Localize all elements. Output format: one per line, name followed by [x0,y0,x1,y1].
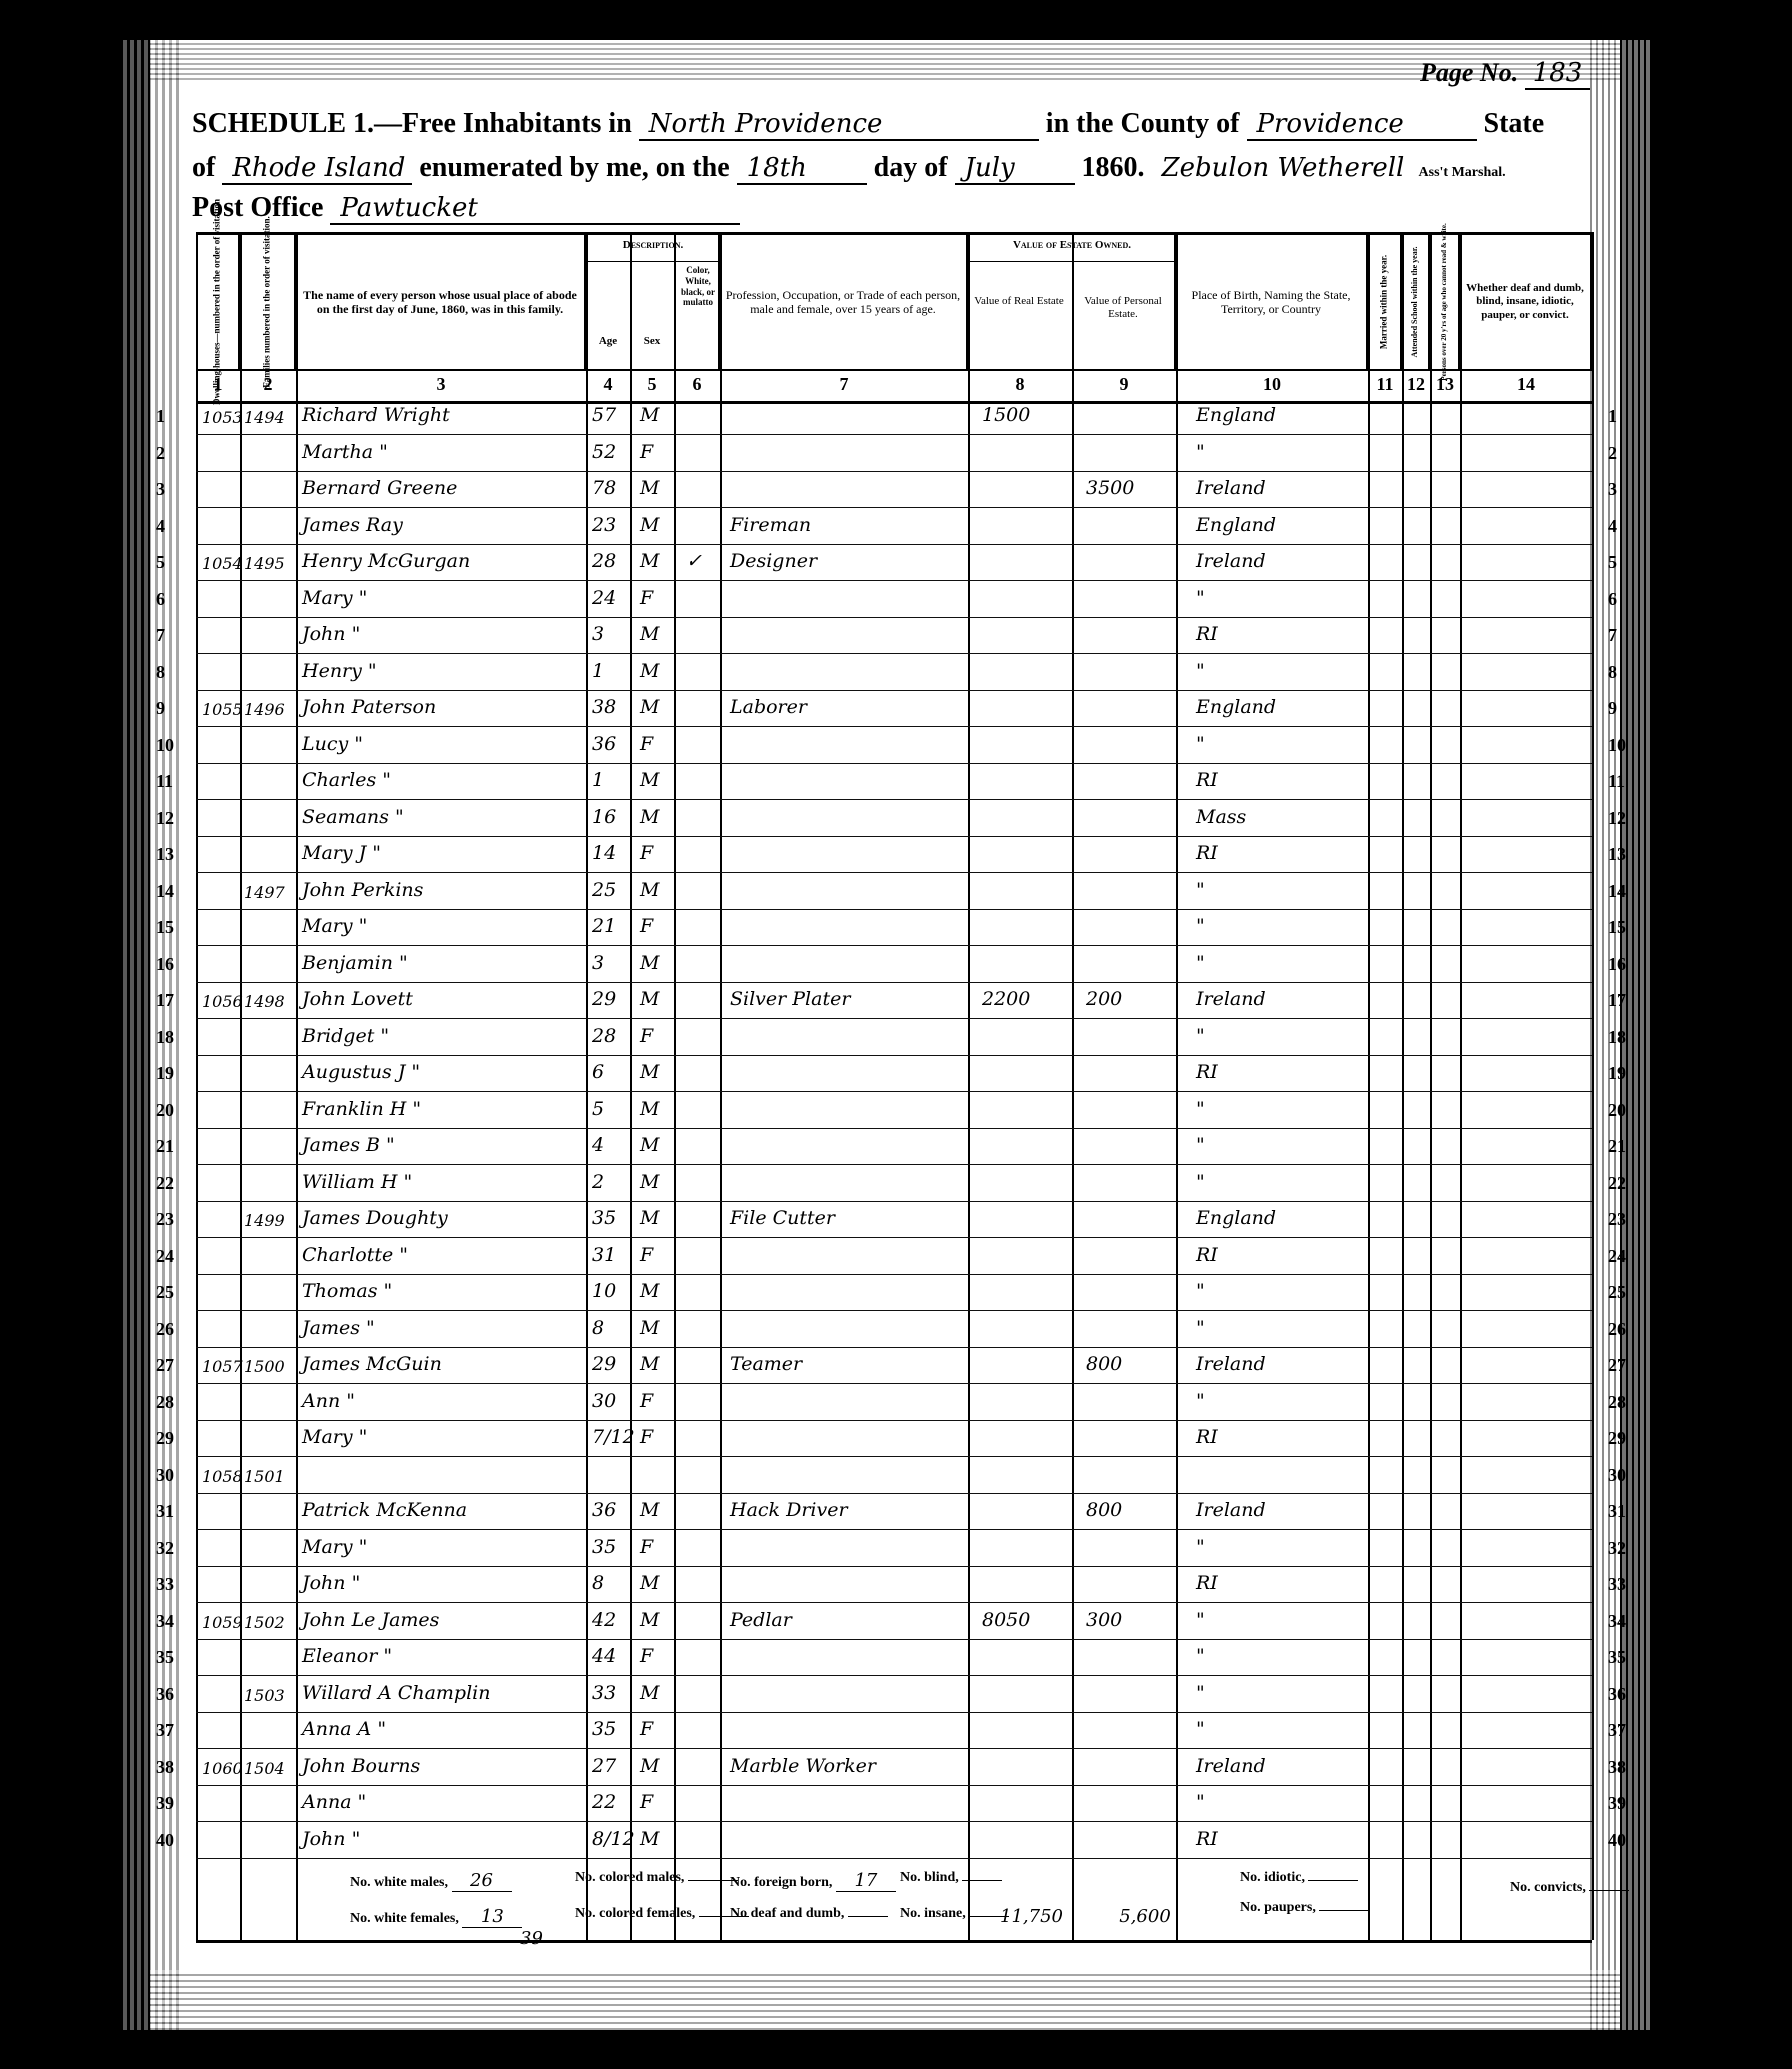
table-row: 66Mary "24F" [196,581,1592,618]
line-number-right: 23 [1608,1209,1626,1230]
birthplace-value: " [1196,1609,1205,1631]
line-number-right: 31 [1608,1501,1626,1522]
person-name: Henry " [302,660,377,682]
age-value: 28 [592,1025,616,1047]
birthplace-value: England [1196,514,1276,536]
personal-estate-total: 5,600 [1115,1906,1175,1927]
line-number-left: 37 [156,1720,174,1741]
page-number-value: 183 [1525,58,1591,90]
line-number-right: 10 [1608,735,1626,756]
person-name: Bernard Greene [302,477,457,499]
sex-value: F [640,1244,653,1266]
table-row: 2525Thomas "10M" [196,1274,1592,1311]
person-name: John " [302,623,360,645]
table-row: 1010Lucy "36F" [196,727,1592,764]
sex-value: M [640,623,659,645]
person-name: Augustus J " [302,1061,420,1083]
line-number-left: 14 [156,881,174,902]
sex-label: Sex [634,335,670,348]
family-number: 1502 [244,1613,285,1632]
title-line-3: Post Office Pawtucket [192,192,740,225]
real-estate-value: 2200 [982,988,1030,1010]
age-value: 29 [592,1353,616,1375]
convicts-summary: No. convicts, [1510,1880,1629,1896]
age-value: 16 [592,806,616,828]
sex-value: F [640,587,653,609]
dwelling-number: 1060 [202,1759,243,1778]
person-name: John Paterson [302,696,436,718]
birthplace-value: England [1196,1207,1276,1229]
header-col-11: Married within the year. [1368,235,1402,369]
occupation-value: Silver Plater [730,988,850,1010]
sex-value: M [640,1280,659,1302]
birthplace-value: " [1196,879,1205,901]
line-number-right: 11 [1608,771,1625,792]
schedule-label: SCHEDULE 1.—Free Inhabitants in [192,108,632,139]
sex-value: M [640,952,659,974]
col-num-11: 11 [1368,374,1402,395]
person-name: James " [302,1317,375,1339]
line-number-left: 18 [156,1027,174,1048]
line-number-left: 1 [156,406,165,427]
person-name: James McGuin [302,1353,442,1375]
age-value: 33 [592,1682,616,1704]
age-value: 23 [592,514,616,536]
insane-summary: No. insane, [900,1906,1009,1922]
table-row: 303010581501 [196,1457,1592,1494]
sex-value: M [640,1317,659,1339]
white-males-summary: No. white males, 26 [350,1870,512,1892]
occupation-value: Laborer [730,696,807,718]
year-value: 1860. [1082,152,1145,183]
table-row: 2828Ann "30F" [196,1384,1592,1421]
line-number-left: 30 [156,1465,174,1486]
age-value: 1 [592,660,604,682]
color-value: ✓ [686,550,702,572]
day-value: 18th [737,153,867,185]
line-number-left: 40 [156,1830,174,1851]
table-row: 1515Mary "21F" [196,909,1592,946]
line-number-right: 35 [1608,1647,1626,1668]
age-value: 42 [592,1609,616,1631]
day-of-label: day of [874,152,948,183]
person-name: Patrick McKenna [302,1499,467,1521]
real-estate-value: 1500 [982,404,1030,426]
paupers-summary: No. paupers, [1240,1900,1369,1916]
table-row: 5510541495Henry McGurgan28M✓DesignerIrel… [196,544,1592,581]
birthplace-value: Ireland [1196,477,1266,499]
family-number: 1503 [244,1686,285,1705]
line-number-left: 39 [156,1793,174,1814]
dwelling-number: 1054 [202,554,243,573]
birthplace-value: " [1196,1098,1205,1120]
line-number-right: 37 [1608,1720,1626,1741]
birthplace-value: " [1196,733,1205,755]
line-number-left: 12 [156,808,174,829]
line-number-right: 17 [1608,990,1626,1011]
age-label: Age [590,335,626,348]
person-name: John " [302,1828,360,1850]
line-number-right: 24 [1608,1246,1626,1267]
birthplace-value: " [1196,441,1205,463]
line-number-left: 10 [156,735,174,756]
line-number-right: 6 [1608,589,1617,610]
age-value: 8 [592,1572,604,1594]
col-num-1: 1 [196,374,240,395]
table-row: 14141497John Perkins25M" [196,873,1592,910]
birthplace-value: RI [1196,842,1218,864]
occupation-value: Teamer [730,1353,802,1375]
person-name: Anna A " [302,1718,386,1740]
sex-value: M [640,988,659,1010]
personal-estate-label: Value of Personal Estate. [1076,295,1170,321]
birthplace-value: Ireland [1196,1353,1266,1375]
table-row: 1919Augustus J "6MRI [196,1055,1592,1092]
title-line-2: of Rhode Island enumerated by me, on the… [192,152,1506,185]
col-num-10: 10 [1176,374,1368,395]
page-number-label: Page No. [1420,58,1518,87]
age-value: 3 [592,952,604,974]
age-value: 29 [592,988,616,1010]
state-value: Rhode Island [222,153,412,185]
table-row: 1110531494Richard Wright57M1500England [196,398,1592,435]
sex-value: M [640,1353,659,1375]
birthplace-value: " [1196,1390,1205,1412]
line-number-left: 23 [156,1209,174,1230]
age-value: 22 [592,1791,616,1813]
person-name: Richard Wright [302,404,450,426]
dwelling-number: 1057 [202,1357,243,1376]
col-num-8: 8 [968,374,1072,395]
sex-value: F [640,441,653,463]
birthplace-value: " [1196,660,1205,682]
age-value: 25 [592,879,616,901]
birthplace-value: Mass [1196,806,1246,828]
line-number-left: 26 [156,1319,174,1340]
line-number-right: 3 [1608,479,1617,500]
foreign-born-summary: No. foreign born, 17 [730,1870,896,1892]
age-value: 27 [592,1755,616,1777]
age-value: 7/12 [592,1426,635,1448]
real-estate-total: 11,750 [1000,1906,1063,1927]
table-row: 33Bernard Greene78M3500Ireland [196,471,1592,508]
table-row: 44James Ray23MFiremanEngland [196,508,1592,545]
real-estate-label: Value of Real Estate [972,295,1066,308]
line-number-left: 4 [156,516,165,537]
age-value: 35 [592,1718,616,1740]
age-value: 28 [592,550,616,572]
person-name: Anna " [302,1791,366,1813]
age-value: 6 [592,1061,604,1083]
birthplace-value: " [1196,587,1205,609]
line-number-left: 32 [156,1538,174,1559]
person-name: Mary " [302,587,367,609]
line-number-left: 38 [156,1757,174,1778]
sex-value: M [640,404,659,426]
dwelling-number: 1058 [202,1467,243,1486]
person-name: Martha " [302,441,388,463]
family-number: 1500 [244,1357,285,1376]
occupation-value: Marble Worker [730,1755,876,1777]
line-number-right: 14 [1608,881,1626,902]
person-name: John Bourns [302,1755,420,1777]
birthplace-value: RI [1196,1828,1218,1850]
occupation-value: Fireman [730,514,811,536]
table-row: 1616Benjamin "3M" [196,946,1592,983]
person-name: Henry McGurgan [302,550,470,572]
table-row: 3939Anna "22F" [196,1785,1592,1822]
person-name: Ann " [302,1390,355,1412]
family-number: 1494 [244,408,285,427]
birthplace-value: RI [1196,1244,1218,1266]
line-number-right: 33 [1608,1574,1626,1595]
line-number-left: 21 [156,1136,174,1157]
line-number-right: 8 [1608,662,1617,683]
person-name: Bridget " [302,1025,389,1047]
age-value: 36 [592,1499,616,1521]
sex-value: M [640,1061,659,1083]
personal-estate-value: 300 [1086,1609,1122,1631]
birthplace-value: " [1196,1134,1205,1156]
total-persons: 39 [520,1928,543,1949]
line-number-right: 2 [1608,443,1617,464]
col-num-6: 6 [674,374,720,395]
line-number-left: 8 [156,662,165,683]
sex-value: M [640,1171,659,1193]
birthplace-value: England [1196,404,1276,426]
line-number-right: 12 [1608,808,1626,829]
family-number: 1504 [244,1759,285,1778]
sex-value: M [640,1572,659,1594]
header-col-14: Whether deaf and dumb, blind, insane, id… [1460,235,1592,369]
personal-estate-value: 800 [1086,1353,1122,1375]
age-value: 8/12 [592,1828,635,1850]
line-number-right: 22 [1608,1173,1626,1194]
occupation-value: File Cutter [730,1207,835,1229]
age-value: 4 [592,1134,604,1156]
line-number-right: 16 [1608,954,1626,975]
line-number-right: 34 [1608,1611,1626,1632]
month-value: July [955,153,1075,185]
birthplace-value: " [1196,1682,1205,1704]
table-row: 383810601504John Bourns27MMarble WorkerI… [196,1749,1592,1786]
age-value: 5 [592,1098,604,1120]
sex-value: M [640,1207,659,1229]
line-number-left: 34 [156,1611,174,1632]
age-value: 78 [592,477,616,499]
line-number-left: 31 [156,1501,174,1522]
birthplace-value: " [1196,1536,1205,1558]
age-value: 57 [592,404,616,426]
age-value: 52 [592,441,616,463]
table-row: 171710561498John Lovett29MSilver Plater2… [196,982,1592,1019]
table-row: 2222William H "2M" [196,1165,1592,1202]
page-number: Page No. 183 [1420,58,1590,88]
of-label: of [192,152,215,183]
marshal-label: Ass't Marshal. [1419,165,1506,180]
line-number-left: 11 [156,771,173,792]
birthplace-value: RI [1196,1061,1218,1083]
personal-estate-value: 200 [1086,988,1122,1010]
header-col-10: Place of Birth, Naming the State, Territ… [1176,235,1368,369]
birthplace-value: Ireland [1196,550,1266,572]
birthplace-value: RI [1196,1426,1218,1448]
line-number-left: 15 [156,917,174,938]
line-number-right: 1 [1608,406,1617,427]
person-name: Seamans " [302,806,404,828]
white-females-summary: No. white females, 13 [350,1906,522,1928]
line-number-left: 29 [156,1428,174,1449]
table-row: 22Martha "52F" [196,435,1592,472]
table-row: 88Henry "1M" [196,654,1592,691]
col-num-7: 7 [720,374,968,395]
line-number-right: 39 [1608,1793,1626,1814]
title-line-1: SCHEDULE 1.—Free Inhabitants in North Pr… [192,108,1544,141]
person-name: William H " [302,1171,412,1193]
header-col-1: Dwelling-houses—numbered in the order of… [196,235,240,369]
table-row: 2929Mary "7/12FRI [196,1420,1592,1457]
age-value: 30 [592,1390,616,1412]
line-number-right: 20 [1608,1100,1626,1121]
person-name: Eleanor " [302,1645,392,1667]
table-row: 3232Mary "35F" [196,1530,1592,1567]
age-value: 3 [592,623,604,645]
birthplace-value: RI [1196,623,1218,645]
col-num-3: 3 [296,374,586,395]
line-number-right: 30 [1608,1465,1626,1486]
sex-value: M [640,1098,659,1120]
sex-value: M [640,1134,659,1156]
age-value: 35 [592,1207,616,1229]
town-value: North Providence [639,109,1039,141]
col-num-14: 14 [1460,374,1592,395]
sex-value: M [640,879,659,901]
family-number: 1499 [244,1211,285,1230]
column-headers: Dwelling-houses—numbered in the order of… [196,232,1592,235]
dwelling-number: 1056 [202,992,243,1011]
sex-value: M [640,514,659,536]
birthplace-value: RI [1196,769,1218,791]
age-value: 44 [592,1645,616,1667]
line-number-right: 21 [1608,1136,1626,1157]
header-col-13: Persons over 20 y'rs of age who cannot r… [1430,235,1460,369]
birthplace-value: " [1196,1791,1205,1813]
birthplace-value: RI [1196,1572,1218,1594]
person-name: John " [302,1572,360,1594]
table-row: 2121James B "4M" [196,1128,1592,1165]
personal-estate-value: 3500 [1086,477,1134,499]
birthplace-value: " [1196,915,1205,937]
age-value: 1 [592,769,604,791]
line-number-right: 28 [1608,1392,1626,1413]
age-value: 36 [592,733,616,755]
age-value: 24 [592,587,616,609]
line-number-right: 7 [1608,625,1617,646]
line-number-left: 2 [156,443,165,464]
line-number-left: 6 [156,589,165,610]
person-name: Benjamin " [302,952,408,974]
sex-value: F [640,915,653,937]
line-number-right: 4 [1608,516,1617,537]
line-number-left: 22 [156,1173,174,1194]
birthplace-value: " [1196,952,1205,974]
line-number-right: 36 [1608,1684,1626,1705]
age-value: 31 [592,1244,616,1266]
table-row: 23231499James Doughty35MFile CutterEngla… [196,1201,1592,1238]
sex-value: F [640,1536,653,1558]
birthplace-value: " [1196,1645,1205,1667]
idiotic-summary: No. idiotic, [1240,1870,1358,1886]
sex-value: F [640,1791,653,1813]
line-number-right: 38 [1608,1757,1626,1778]
sex-value: M [640,477,659,499]
table-row: 1111Charles "1MRI [196,763,1592,800]
col-num-5: 5 [630,374,674,395]
line-number-left: 27 [156,1355,174,1376]
line-number-right: 5 [1608,552,1617,573]
age-value: 14 [592,842,616,864]
person-name: Mary " [302,1426,367,1448]
person-name: James Ray [302,514,403,536]
description-group-label: Description. [586,239,720,252]
person-name: Mary J " [302,842,381,864]
col-num-2: 2 [240,374,296,395]
person-name: John Le James [302,1609,439,1631]
person-name: Charlotte " [302,1244,408,1266]
line-number-left: 24 [156,1246,174,1267]
blind-summary: No. blind, [900,1870,1002,1886]
county-value: Providence [1247,109,1477,141]
line-number-left: 25 [156,1282,174,1303]
age-value: 35 [592,1536,616,1558]
table-row: 1818Bridget "28F" [196,1019,1592,1056]
age-value: 38 [592,696,616,718]
table-row: 4040John "8/12MRI [196,1822,1592,1859]
scan-noise-top [150,40,1620,80]
age-value: 21 [592,915,616,937]
line-number-left: 9 [156,698,165,719]
sex-value: M [640,806,659,828]
sex-value: F [640,1718,653,1740]
sex-value: F [640,1390,653,1412]
person-name: Thomas " [302,1280,392,1302]
table-row: 3737Anna A "35F" [196,1712,1592,1749]
table-row: 3535Eleanor "44F" [196,1639,1592,1676]
dwelling-number: 1053 [202,408,243,427]
line-number-left: 7 [156,625,165,646]
person-name: Charles " [302,769,391,791]
table-row: 3131Patrick McKenna36MHack Driver800Irel… [196,1493,1592,1530]
line-number-right: 13 [1608,844,1626,865]
birthplace-value: Ireland [1196,988,1266,1010]
header-col-3: The name of every person whose usual pla… [296,235,586,369]
rule [1592,232,1594,1940]
marshal-signature: Zebulon Wetherell [1152,153,1412,183]
family-number: 1498 [244,992,285,1011]
table-row: 1313Mary J "14FRI [196,836,1592,873]
sex-value: F [640,842,653,864]
sex-value: M [640,660,659,682]
table-row: 3333John "8MRI [196,1566,1592,1603]
family-number: 1501 [244,1467,285,1486]
family-number: 1495 [244,554,285,573]
line-number-left: 16 [156,954,174,975]
table-row: 2626James "8M" [196,1311,1592,1348]
line-number-left: 3 [156,479,165,500]
age-value: 10 [592,1280,616,1302]
sex-value: F [640,1426,653,1448]
bottom-rule [196,1940,1592,1943]
